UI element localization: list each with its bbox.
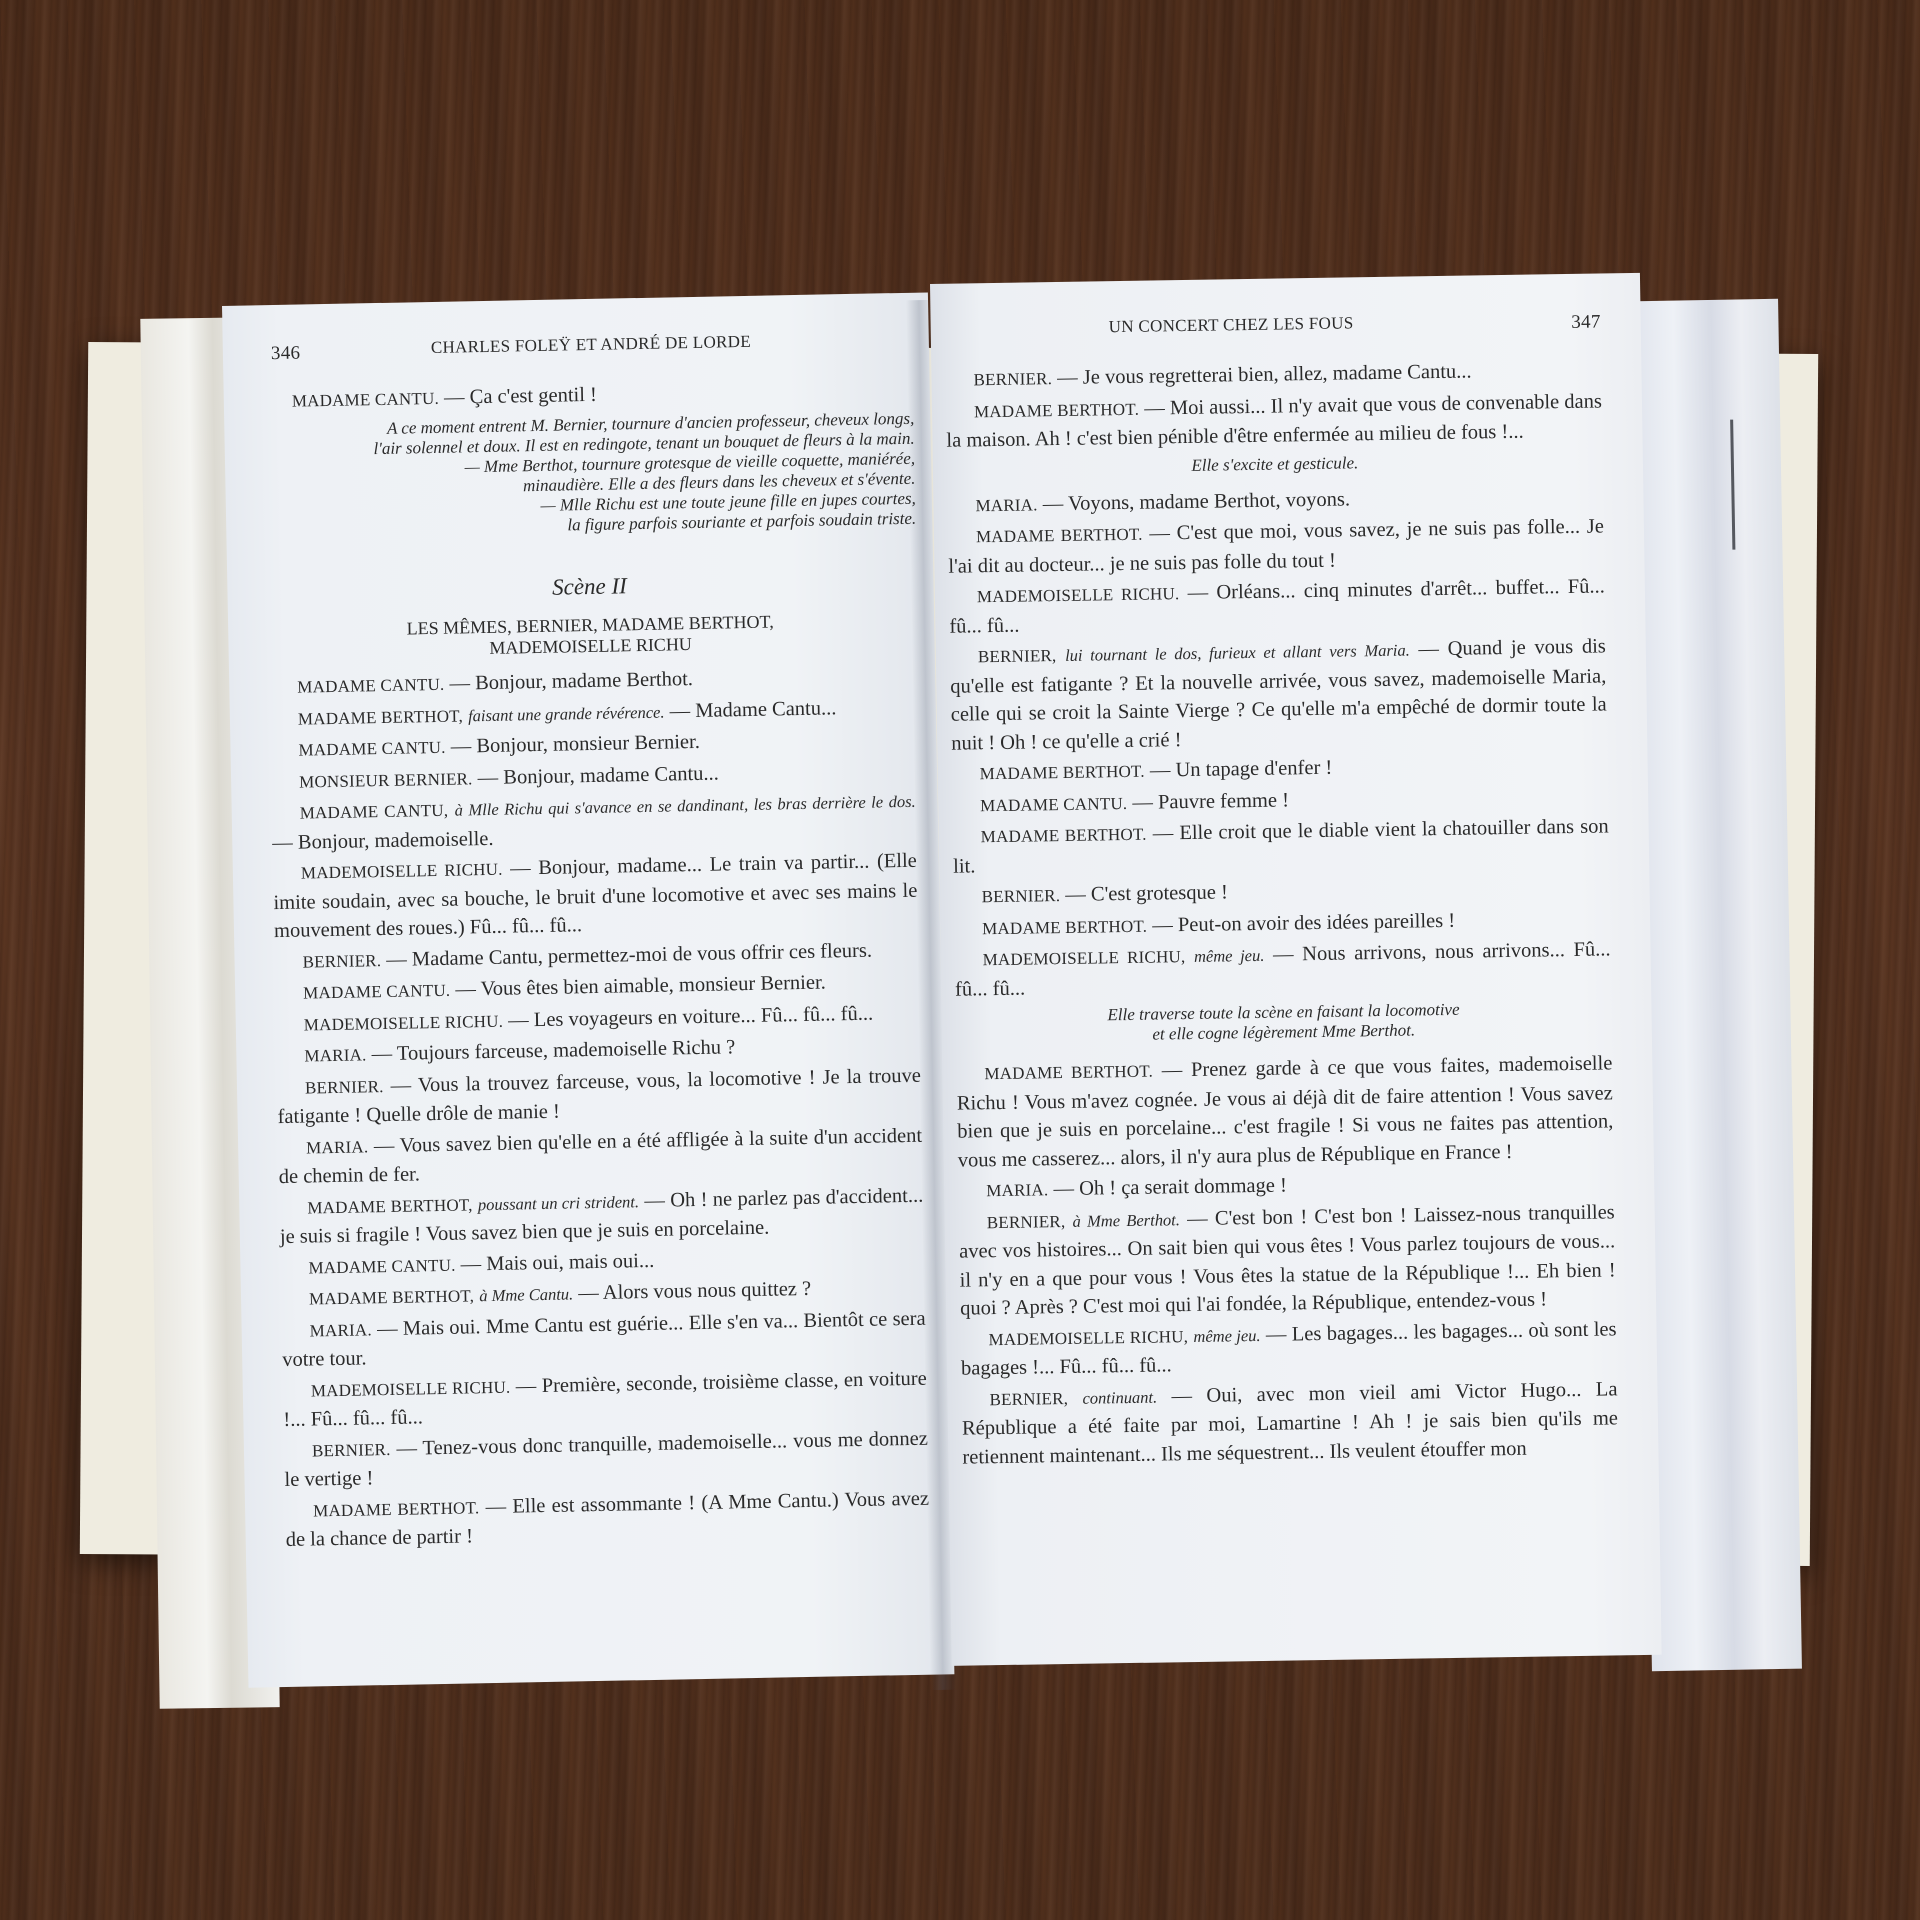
speaker-name: BERNIER, xyxy=(989,1388,1068,1408)
page-number: 347 xyxy=(1571,311,1601,333)
dialogue-line: BERNIER. — Vous la trouvez farceuse, vou… xyxy=(277,1061,922,1131)
dialogue-text: — Pauvre femme ! xyxy=(1132,789,1289,813)
right-running-head: UN CONCERT CHEZ LES FOUS 347 xyxy=(979,309,1602,359)
speaker-name: MADAME CANTU. xyxy=(298,738,445,760)
stage-direction-inline: même jeu. xyxy=(1194,946,1265,966)
dialogue-line: MADAME BERTHOT. — Elle croit que le diab… xyxy=(952,812,1609,880)
speaker-name: BERNIER. xyxy=(973,369,1052,389)
dialogue-line: BERNIER. — Tenez-vous donc tranquille, m… xyxy=(284,1424,929,1494)
stage-direction-inline: poussant un cri strident. xyxy=(478,1192,639,1214)
dialogue-text: — Toujours farceuse, mademoiselle Richu … xyxy=(371,1036,735,1065)
dialogue-line: BERNIER, à Mme Berthot. — C'est bon ! C'… xyxy=(959,1198,1617,1323)
dialogue-text: — C'est grotesque ! xyxy=(1065,881,1228,906)
speaker-name: BERNIER. xyxy=(981,886,1060,906)
dialogue-text: — Nous arrivons, nous arrivons... Fû... … xyxy=(955,938,1611,1000)
speaker-name: BERNIER. xyxy=(302,951,381,972)
dialogue-text: — Bonjour, mademoiselle. xyxy=(272,827,494,853)
dialogue-text: — Alors vous nous quittez ? xyxy=(578,1278,811,1304)
stage-direction-inline: continuant. xyxy=(1082,1387,1157,1407)
dialogue-text: — Bonjour, monsieur Bernier. xyxy=(451,731,701,758)
dialogue-text: — Un tapage d'enfer ! xyxy=(1150,757,1333,782)
dialogue-text: — C'est que moi, vous savez, je ne suis … xyxy=(948,515,1604,577)
dialogue-line: BERNIER, lui tournant le dos, furieux et… xyxy=(950,632,1608,757)
dialogue-line: MADEMOISELLE RICHU. — Orléans... cinq mi… xyxy=(949,572,1606,640)
speaker-name: BERNIER, xyxy=(987,1211,1066,1231)
speaker-name: MADEMOISELLE RICHU, xyxy=(988,1327,1188,1349)
speaker-name: MADEMOISELLE RICHU. xyxy=(311,1377,511,1400)
speaker-name: MARIA. xyxy=(304,1045,366,1065)
speaker-name: MADAME BERTHOT, xyxy=(309,1286,474,1308)
dialogue-text: — Bonjour, madame Berthot. xyxy=(449,668,693,695)
dialogue-line: BERNIER, continuant. — Oui, avec mon vie… xyxy=(961,1375,1618,1472)
left-page: 346 CHARLES FOLEŸ ET ANDRÉ DE LORDE MADA… xyxy=(222,292,954,1687)
dialogue-text: — Les bagages... les bagages... où sont … xyxy=(961,1318,1617,1380)
speaker-name: MADAME BERTHOT. xyxy=(982,916,1147,938)
dialogue-text: — Vous êtes bien aimable, monsieur Berni… xyxy=(455,972,826,1001)
stage-direction-inline: faisant une grande révérence. xyxy=(468,702,665,725)
speaker-name: MADEMOISELLE RICHU. xyxy=(304,1011,504,1034)
stage-direction-inline: à Mme Cantu. xyxy=(479,1284,573,1305)
speaker-name: MADAME BERTHOT. xyxy=(313,1498,480,1520)
speaker-name: MADEMOISELLE RICHU, xyxy=(982,947,1185,969)
dialogue-line: MADAME BERTHOT. — Moi aussi... Il n'y av… xyxy=(946,387,1603,455)
page-number: 346 xyxy=(271,343,301,366)
right-page-text: BERNIER. — Je vous regretterai bien, all… xyxy=(931,355,1658,1472)
play-title-header: UN CONCERT CHEZ LES FOUS xyxy=(1109,313,1354,337)
left-page-text: MADAME CANTU. — Ça c'est gentil !A ce mo… xyxy=(224,374,952,1555)
speaker-name: MADAME BERTHOT. xyxy=(974,399,1139,421)
speaker-name: MADAME BERTHOT, xyxy=(298,706,463,728)
dialogue-line: MADEMOISELLE RICHU, même jeu. — Nous arr… xyxy=(954,935,1611,1003)
dialogue-text: — Orléans... cinq minutes d'arrêt... buf… xyxy=(949,575,1605,637)
dialogue-text: — Vous savez bien qu'elle en a été affli… xyxy=(279,1124,923,1188)
speaker-name: MADAME BERTHOT, xyxy=(307,1195,473,1217)
dialogue-text: — Ça c'est gentil ! xyxy=(444,384,597,409)
speaker-name: MADAME BERTHOT. xyxy=(984,1062,1153,1084)
right-page: UN CONCERT CHEZ LES FOUS 347 BERNIER. — … xyxy=(930,273,1662,1666)
dialogue-line: MADAME CANTU, à Mlle Richu qui s'avance … xyxy=(271,787,916,857)
speaker-name: MADAME CANTU. xyxy=(980,793,1127,814)
speaker-name: MADAME CANTU, xyxy=(300,801,449,823)
dialogue-text: — Elle croit que le diable vient la chat… xyxy=(953,815,1609,877)
speaker-name: MADAME CANTU. xyxy=(297,675,444,697)
stage-direction-inline: à Mme Berthot. xyxy=(1072,1210,1180,1231)
speaker-name: MADAME BERTHOT. xyxy=(976,525,1143,547)
dialogue-text: — Peut-on avoir des idées pareilles ! xyxy=(1152,909,1455,936)
speaker-name: MADEMOISELLE RICHU. xyxy=(301,860,503,883)
speaker-name: MADAME BERTHOT. xyxy=(980,762,1145,784)
dialogue-text: — Voyons, madame Berthot, voyons. xyxy=(1043,488,1351,515)
dialogue-line: MADAME BERTHOT. — C'est que moi, vous sa… xyxy=(948,512,1605,580)
dialogue-line: MADAME BERTHOT. — Elle est assommante ! … xyxy=(285,1484,930,1554)
stage-direction: A ce moment entrent M. Bernier, tournure… xyxy=(264,408,916,540)
stage-direction: Elle traverse toute la scène en faisant … xyxy=(955,997,1612,1047)
dialogue-line: MADAME BERTHOT. — Prenez garde à ce que … xyxy=(956,1049,1614,1174)
dialogue-text: — Moi aussi... Il n'y avait que vous de … xyxy=(946,390,1602,452)
scene-heading: Scène II xyxy=(267,566,911,607)
speaker-name: BERNIER, xyxy=(978,646,1057,666)
speaker-name: MADAME BERTHOT. xyxy=(981,825,1147,847)
speaker-name: MARIA. xyxy=(310,1320,372,1340)
scene-cast: LES MÊMES, BERNIER, MADAME BERTHOT,MADEM… xyxy=(268,609,913,663)
dialogue-text: — Madame Cantu... xyxy=(669,697,836,722)
dialogue-line: MARIA. — Mais oui. Mme Cantu est guérie.… xyxy=(281,1304,926,1374)
stage-direction-inline: à Mlle Richu qui s'avance en se dandinan… xyxy=(455,792,916,820)
author-header: CHARLES FOLEŸ ET ANDRÉ DE LORDE xyxy=(431,332,752,358)
dialogue-text: — Mais oui, mais oui... xyxy=(460,1249,654,1275)
stage-direction-inline: lui tournant le dos, furieux et allant v… xyxy=(1065,641,1410,665)
speaker-name: MADAME CANTU. xyxy=(303,981,450,1003)
dialogue-text: — Mais oui. Mme Cantu est guérie... Elle… xyxy=(282,1307,926,1371)
dialogue-line: MADEMOISELLE RICHU, même jeu. — Les baga… xyxy=(960,1315,1617,1383)
dialogue-text: — Bonjour, madame Cantu... xyxy=(477,762,719,789)
dialogue-line: MARIA. — Vous savez bien qu'elle en a ét… xyxy=(278,1121,923,1191)
speaker-name: MARIA. xyxy=(306,1137,368,1157)
dialogue-text: — Madame Cantu, permettez-moi de vous of… xyxy=(386,939,872,970)
speaker-name: MADAME CANTU. xyxy=(292,389,439,411)
page-edge-mark xyxy=(1730,420,1735,550)
dialogue-line: MADEMOISELLE RICHU. — Première, seconde,… xyxy=(283,1364,928,1434)
dialogue-text: — Les voyageurs en voiture... Fû... fû..… xyxy=(508,1002,873,1031)
dialogue-line: MADAME BERTHOT, poussant un cri strident… xyxy=(279,1181,924,1251)
speaker-name: BERNIER. xyxy=(305,1077,384,1098)
speaker-name: MARIA. xyxy=(975,495,1037,515)
speaker-name: MARIA. xyxy=(986,1180,1048,1200)
dialogue-text: — Oh ! ça serait dommage ! xyxy=(1053,1175,1287,1201)
speaker-name: MADAME CANTU. xyxy=(308,1255,455,1277)
speaker-name: BERNIER. xyxy=(312,1439,391,1460)
speaker-name: MADEMOISELLE RICHU. xyxy=(977,584,1180,606)
speaker-name: MONSIEUR BERNIER. xyxy=(299,769,473,791)
stage-direction-inline: même jeu. xyxy=(1193,1325,1260,1345)
left-running-head: 346 CHARLES FOLEŸ ET ANDRÉ DE LORDE xyxy=(271,329,890,381)
dialogue-line: MADEMOISELLE RICHU. — Bonjour, madame...… xyxy=(273,847,919,946)
dialogue-text: — Je vous regretterai bien, allez, madam… xyxy=(1057,361,1472,390)
